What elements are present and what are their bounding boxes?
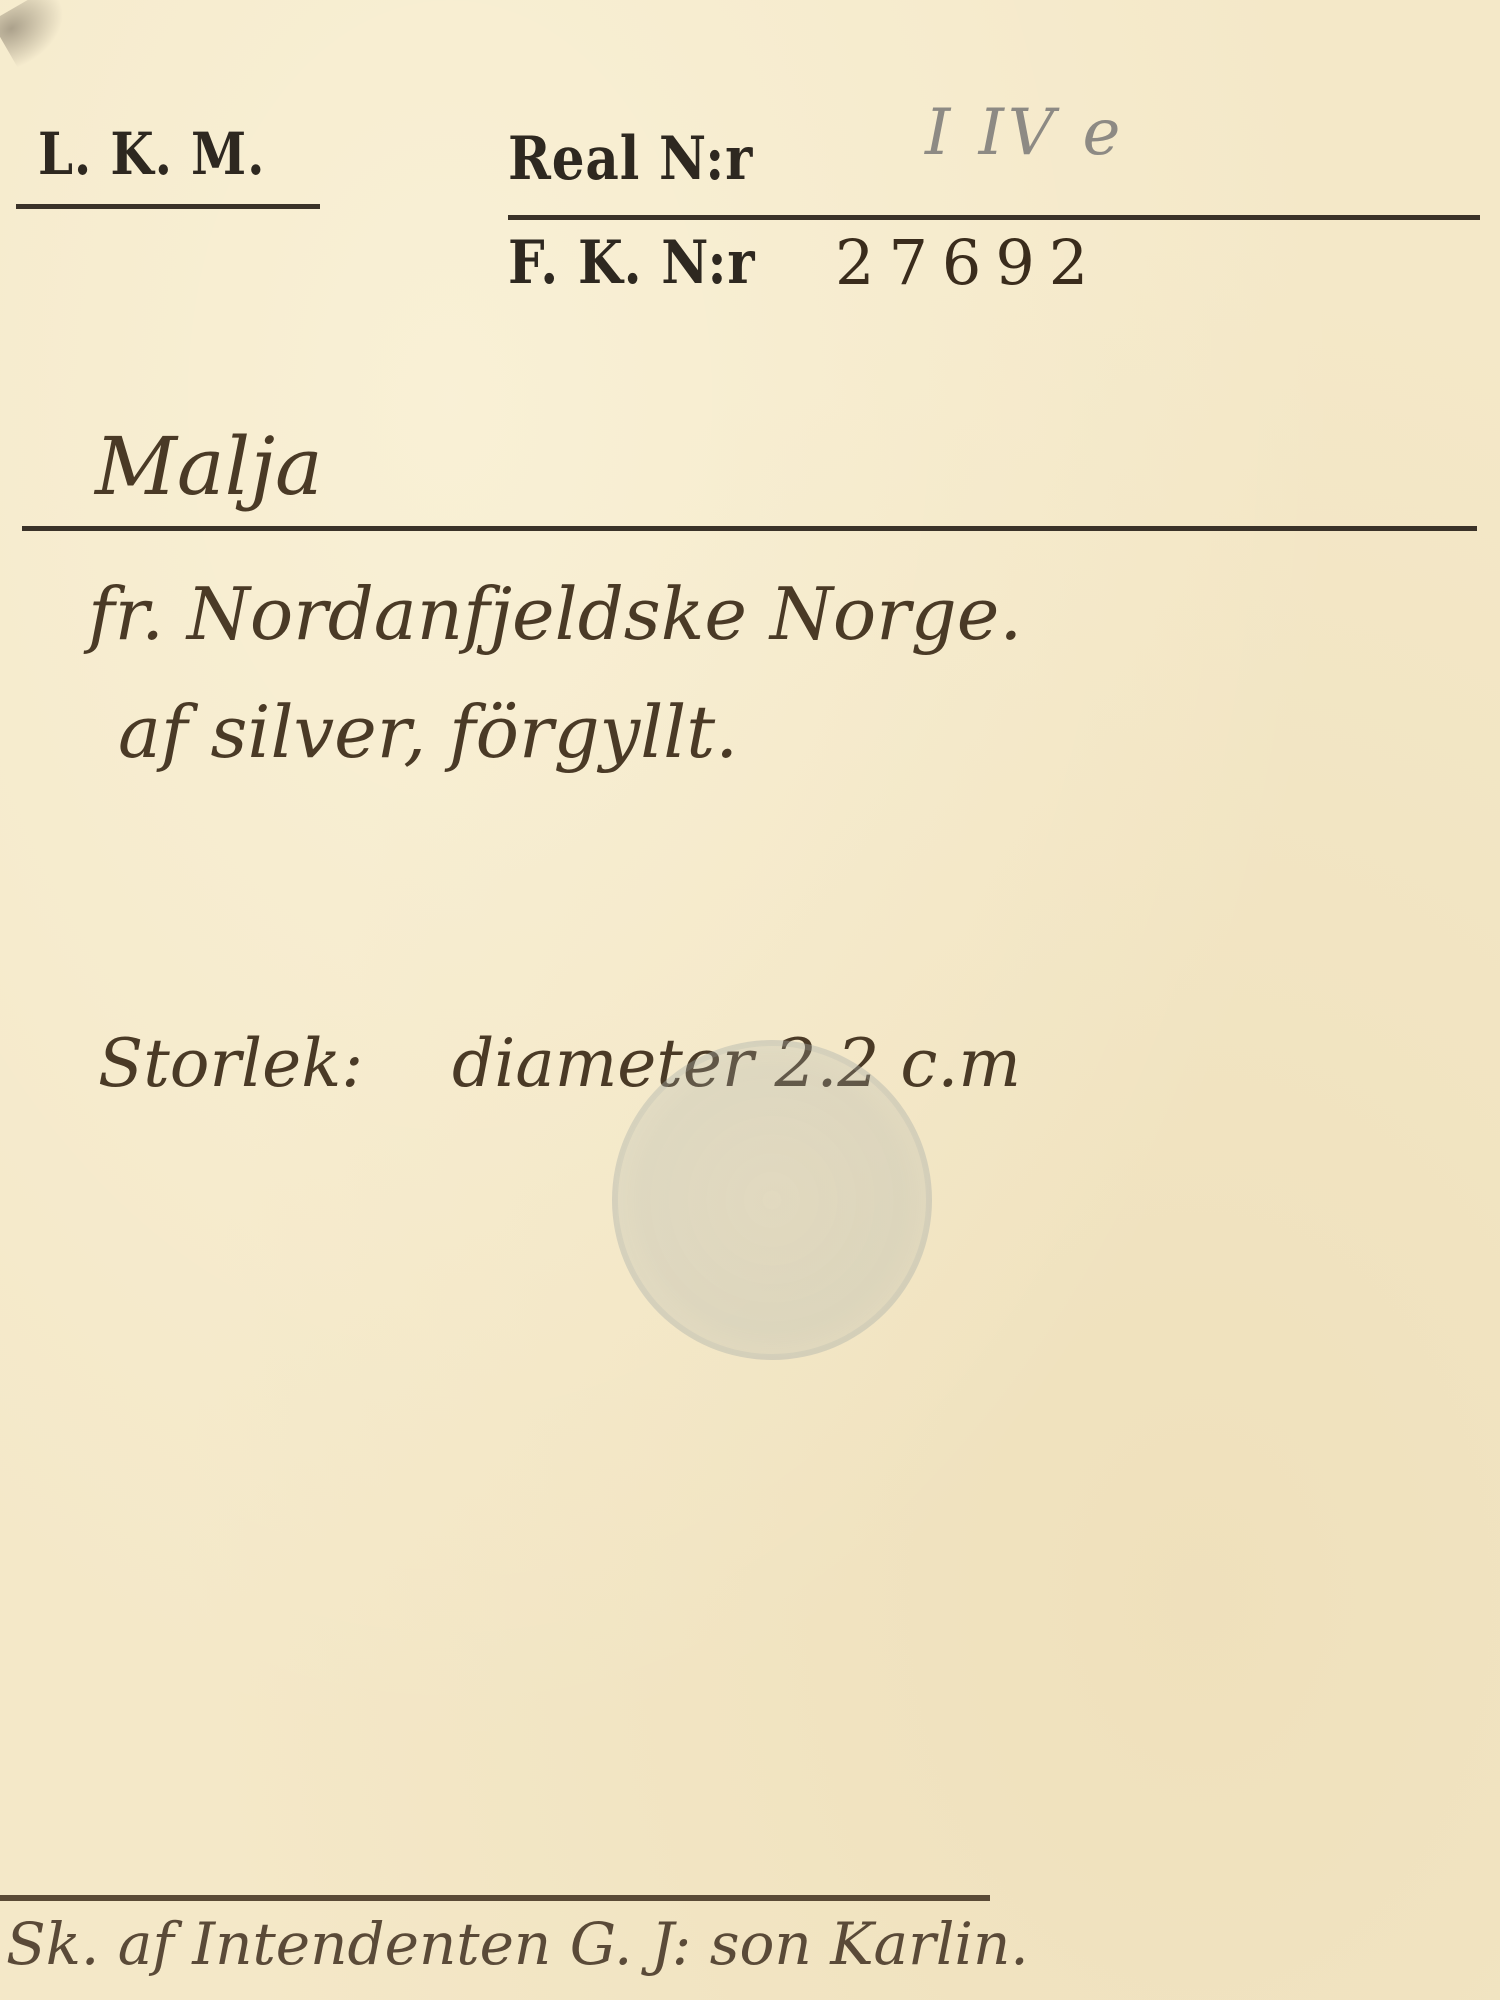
corner-stain (0, 0, 79, 69)
fk-nr-label: F. K. N:r (508, 228, 755, 298)
museum-code: L. K. M. (38, 120, 265, 188)
size-label: Storlek: (98, 1025, 363, 1102)
real-nr-value: I IV e (925, 96, 1124, 170)
fk-nr-value: 27692 (835, 226, 1102, 299)
object-name: Malja (95, 420, 323, 513)
real-nr-label: Real N:r (508, 124, 753, 194)
description-line-1: fr. Nordanfjeldske Norge. (88, 572, 1022, 656)
museum-code-underline (16, 204, 320, 209)
description-line-2: af silver, förgyllt. (118, 690, 738, 774)
acquisition-note: Sk. af Intendenten G. J: son Karlin. (6, 1910, 1029, 1978)
acquisition-rule (0, 1895, 990, 1901)
real-nr-rule (508, 215, 1480, 220)
object-name-rule (22, 526, 1477, 531)
faint-stamp-impression (612, 1040, 932, 1360)
